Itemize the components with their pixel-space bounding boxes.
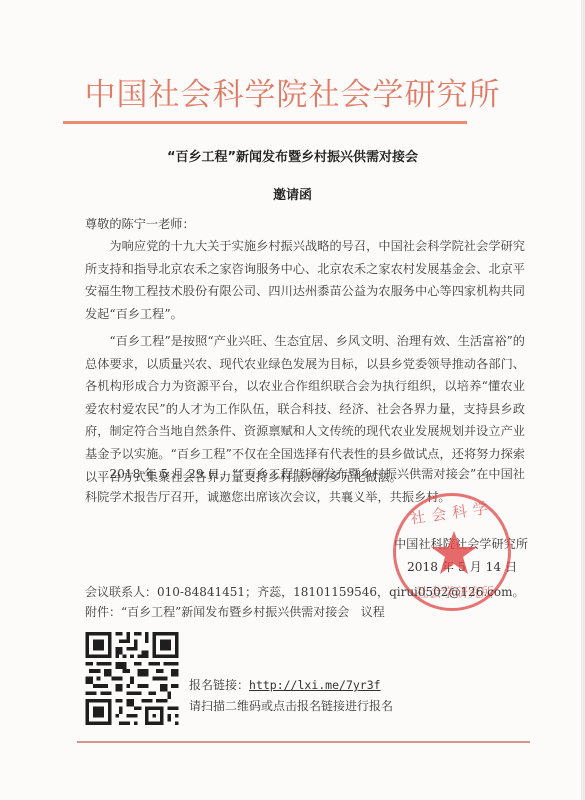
contact-email: qirui0502@126.com。 [389, 585, 524, 599]
attachment-item: 议程 [361, 605, 385, 619]
letterhead-title: 中国社会科学院社会学研究所 [0, 76, 585, 114]
contact-phone: 010-84841451； [157, 585, 257, 599]
registration-link[interactable]: http://lxi.me/7yr3f [249, 678, 381, 692]
contact-mobile: 18101159546， [293, 585, 389, 599]
contact-line: 会议联系人：010-84841451；齐蕊，18101159546，qirui0… [85, 583, 524, 600]
invitation-letter-page: 中国社会科学院社会学研究所 “百乡工程”新闻发布暨乡村振兴供需对接会 邀请函 尊… [0, 0, 585, 800]
seal-star-icon [430, 529, 478, 577]
meeting-title: “百乡工程”新闻发布暨乡村振兴供需对接会 [0, 146, 585, 165]
registration-hint: 请扫描二维码或点击报名链接进行报名 [189, 697, 393, 714]
footer-rule [77, 741, 530, 743]
letterhead-rule [63, 121, 467, 124]
registration-link-label: 报名链接： [189, 678, 249, 692]
paragraph-text: 为响应党的十九大关于实施乡村振兴战略的号召，中国社会科学院社会学研究所支持和指导… [85, 235, 525, 325]
registration-link-line: 报名链接：http://lxi.me/7yr3f [189, 676, 381, 693]
attachment-title: “百乡工程”新闻发布暨乡村振兴供需对接会 [121, 605, 349, 619]
attachment-label: 附件： [85, 605, 121, 619]
contact-label: 会议联系人： [85, 585, 157, 599]
letter-body-paragraph-1: 为响应党的十九大关于实施乡村振兴战略的号召，中国社会科学院社会学研究所支持和指导… [85, 235, 525, 325]
qr-code-icon[interactable] [85, 632, 179, 725]
salutation: 尊敬的陈宁一老师： [85, 214, 195, 234]
attachment-line: 附件：“百乡工程”新闻发布暨乡村振兴供需对接会 议程 [85, 603, 385, 620]
contact-person: 齐蕊， [257, 585, 293, 599]
scan-edge [581, 0, 585, 800]
document-type-heading: 邀请函 [0, 184, 585, 203]
